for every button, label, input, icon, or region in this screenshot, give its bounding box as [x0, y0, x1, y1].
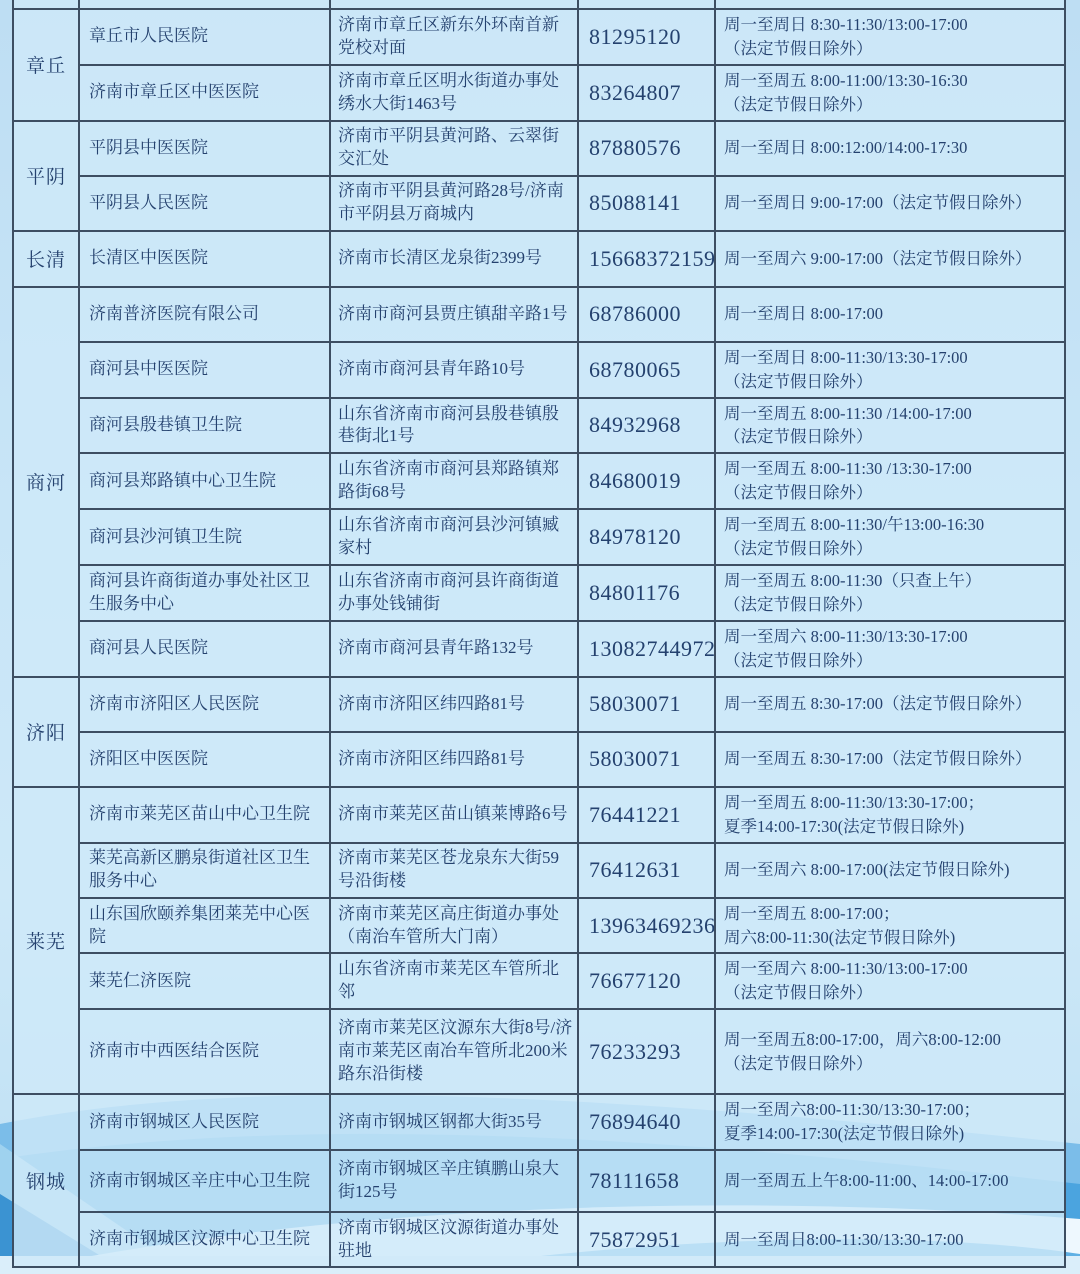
hours-cell: 周一至周日8:00-11:30/13:30-17:00	[715, 1212, 1065, 1267]
phone-cell: 84680019	[578, 453, 715, 509]
hours-cell: 周一至周五 8:00-11:00/13:30-16:30 （法定节假日除外）	[715, 65, 1065, 121]
hospital-name-cell: 济南市济阳区人民医院	[79, 677, 330, 732]
district-cell: 钢城	[13, 1094, 79, 1267]
address-cell: 山东省济南市商河县郑路镇郑路街68号	[330, 453, 578, 509]
hospital-name-cell: 商河县郑路镇中心卫生院	[79, 453, 330, 509]
hours-cell: 周一至周日 8:00:12:00/14:00-17:30	[715, 121, 1065, 176]
address-cell: 济南市钢城区钢都大街35号	[330, 1094, 578, 1150]
hospital-row: 商河县沙河镇卫生院 山东省济南市商河县沙河镇臧家村 84978120 周一至周五…	[13, 509, 1065, 565]
address-cell: 济南市济阳区纬四路81号	[330, 732, 578, 787]
address-cell: 济南市莱芜区汶源东大街8号/济南市莱芜区南冶车管所北200米路东沿街楼	[330, 1009, 578, 1094]
address-cell: 济南市平阴县黄河路28号/济南市平阴县万商城内	[330, 176, 578, 231]
hours-cell: 周一至周五 8:30-17:00（法定节假日除外）	[715, 732, 1065, 787]
hours-cell: 周一至周五 8:00-11:30 /14:00-17:00 （法定节假日除外）	[715, 398, 1065, 454]
district-cell: 济阳	[13, 677, 79, 787]
hours-cell: 周一至周日 8:00-11:30/13:30-17:00 （法定节假日除外）	[715, 342, 1065, 398]
hours-cell: 周一至周六 8:00-11:30/13:00-17:00 （法定节假日除外）	[715, 953, 1065, 1009]
address-cell: 济南市平阴县黄河路、云翠街交汇处	[330, 121, 578, 176]
address-cell: 山东省济南市莱芜区车管所北邻	[330, 953, 578, 1009]
phone-cell: 84932968	[578, 398, 715, 454]
phone-cell: 76412631	[578, 843, 715, 898]
phone-cell	[578, 0, 715, 9]
hospital-name-cell: 平阴县人民医院	[79, 176, 330, 231]
address-cell: 济南市商河县青年路132号	[330, 621, 578, 677]
hospital-row: 莱芜仁济医院 山东省济南市莱芜区车管所北邻 76677120 周一至周六 8:0…	[13, 953, 1065, 1009]
district-cell: 莱芜	[13, 787, 79, 1095]
phone-cell: 13963469236	[578, 898, 715, 954]
address-cell	[330, 0, 578, 9]
phone-cell: 75872951	[578, 1212, 715, 1267]
hospital-row: 商河县许商街道办事处社区卫生服务中心 山东省济南市商河县许商街道办事处钱铺街 8…	[13, 565, 1065, 621]
hospital-name-cell: 济南市钢城区人民医院	[79, 1094, 330, 1150]
phone-cell: 83264807	[578, 65, 715, 121]
hospital-name-cell: 莱芜高新区鹏泉街道社区卫生服务中心	[79, 843, 330, 898]
address-cell: 济南市商河县青年路10号	[330, 342, 578, 398]
hospital-name-cell: 商河县许商街道办事处社区卫生服务中心	[79, 565, 330, 621]
hours-cell: 周一至周五 8:00-11:30/午13:00-16:30 （法定节假日除外）	[715, 509, 1065, 565]
hospital-row: 济南市钢城区汶源中心卫生院 济南市钢城区汶源街道办事处驻地 75872951 周…	[13, 1212, 1065, 1267]
phone-cell: 87880576	[578, 121, 715, 176]
district-cell: 章丘	[13, 9, 79, 121]
hospital-row: 济南市钢城区辛庄中心卫生院 济南市钢城区辛庄镇鹏山泉大街125号 7811165…	[13, 1150, 1065, 1212]
hospital-row: 商河县殷巷镇卫生院 山东省济南市商河县殷巷镇殷巷街北1号 84932968 周一…	[13, 398, 1065, 454]
phone-cell: 81295120	[578, 9, 715, 65]
phone-cell: 84801176	[578, 565, 715, 621]
hours-cell: 周一至周五 8:00-17:00； 周六8:00-11:30(法定节假日除外)	[715, 898, 1065, 954]
phone-cell: 78111658	[578, 1150, 715, 1212]
address-cell: 济南市章丘区明水街道办事处绣水大街1463号	[330, 65, 578, 121]
hours-cell: 周一至周日 9:00-17:00（法定节假日除外）	[715, 176, 1065, 231]
phone-cell: 84978120	[578, 509, 715, 565]
hours-cell: 周一至周五 8:00-11:30（只查上午） （法定节假日除外）	[715, 565, 1065, 621]
hospital-row: 长清 长清区中医医院 济南市长清区龙泉街2399号 15668372159 周一…	[13, 231, 1065, 287]
address-cell: 山东省济南市商河县许商街道办事处钱铺街	[330, 565, 578, 621]
address-cell: 山东省济南市商河县殷巷镇殷巷街北1号	[330, 398, 578, 454]
phone-cell: 76441221	[578, 787, 715, 843]
phone-cell: 85088141	[578, 176, 715, 231]
phone-cell: 76894640	[578, 1094, 715, 1150]
hospital-name-cell: 莱芜仁济医院	[79, 953, 330, 1009]
address-cell: 济南市商河县贾庄镇甜辛路1号	[330, 287, 578, 342]
hours-cell: 周一至周五 8:00-11:30/13:30-17:00； 夏季14:00-17…	[715, 787, 1065, 843]
address-cell: 济南市莱芜区苍龙泉东大街59号沿街楼	[330, 843, 578, 898]
address-cell: 济南市章丘区新东外环南首新党校对面	[330, 9, 578, 65]
hours-cell: 周一至周五 8:00-11:30 /13:30-17:00 （法定节假日除外）	[715, 453, 1065, 509]
hospital-row: 平阴县人民医院 济南市平阴县黄河路28号/济南市平阴县万商城内 85088141…	[13, 176, 1065, 231]
hospital-name-cell: 济南市莱芜区苗山中心卫生院	[79, 787, 330, 843]
hospital-row: 莱芜高新区鹏泉街道社区卫生服务中心 济南市莱芜区苍龙泉东大街59号沿街楼 764…	[13, 843, 1065, 898]
address-cell: 济南市钢城区辛庄镇鹏山泉大街125号	[330, 1150, 578, 1212]
hospital-row: 商河县郑路镇中心卫生院 山东省济南市商河县郑路镇郑路街68号 84680019 …	[13, 453, 1065, 509]
phone-cell: 58030071	[578, 732, 715, 787]
hours-cell: 周一至周日 8:30-11:30/13:00-17:00 （法定节假日除外）	[715, 9, 1065, 65]
hospital-row: 钢城 济南市钢城区人民医院 济南市钢城区钢都大街35号 76894640 周一至…	[13, 1094, 1065, 1150]
hospital-name-cell	[79, 0, 330, 9]
hospital-name-cell: 商河县人民医院	[79, 621, 330, 677]
hospital-name-cell: 济南普济医院有限公司	[79, 287, 330, 342]
hours-cell: 周一至周五 8:30-17:00（法定节假日除外）	[715, 677, 1065, 732]
hospital-name-cell: 章丘市人民医院	[79, 9, 330, 65]
hospital-name-cell: 济南市钢城区汶源中心卫生院	[79, 1212, 330, 1267]
district-cell: 长清	[13, 231, 79, 287]
district-cell: 商河	[13, 287, 79, 677]
hospital-name-cell: 济南市中西医结合医院	[79, 1009, 330, 1094]
hospital-row: 山东国欣颐养集团莱芜中心医院 济南市莱芜区高庄街道办事处（南治车管所大门南） 1…	[13, 898, 1065, 954]
hospital-name-cell: 山东国欣颐养集团莱芜中心医院	[79, 898, 330, 954]
address-cell: 济南市莱芜区苗山镇莱博路6号	[330, 787, 578, 843]
district-cell	[13, 0, 79, 9]
table-row-cutoff	[13, 0, 1065, 9]
phone-cell: 68780065	[578, 342, 715, 398]
hospital-row: 莱芜 济南市莱芜区苗山中心卫生院 济南市莱芜区苗山镇莱博路6号 76441221…	[13, 787, 1065, 843]
hospital-row: 平阴 平阴县中医医院 济南市平阴县黄河路、云翠街交汇处 87880576 周一至…	[13, 121, 1065, 176]
phone-cell: 15668372159	[578, 231, 715, 287]
phone-cell: 58030071	[578, 677, 715, 732]
hospital-name-cell: 济南市章丘区中医医院	[79, 65, 330, 121]
hospital-name-cell: 平阴县中医医院	[79, 121, 330, 176]
hospital-name-cell: 长清区中医医院	[79, 231, 330, 287]
phone-cell: 76677120	[578, 953, 715, 1009]
hospital-row: 济阳区中医医院 济南市济阳区纬四路81号 58030071 周一至周五 8:30…	[13, 732, 1065, 787]
hospital-name-cell: 商河县殷巷镇卫生院	[79, 398, 330, 454]
hours-cell: 周一至周日 8:00-17:00	[715, 287, 1065, 342]
hours-cell: 周一至周五8:00-17:00，周六8:00-12:00 （法定节假日除外）	[715, 1009, 1065, 1094]
hospital-row: 济南市中西医结合医院 济南市莱芜区汶源东大街8号/济南市莱芜区南冶车管所北200…	[13, 1009, 1065, 1094]
hospital-table: 章丘 章丘市人民医院 济南市章丘区新东外环南首新党校对面 81295120 周一…	[12, 0, 1066, 1268]
hospital-name-cell: 济阳区中医医院	[79, 732, 330, 787]
phone-cell: 68786000	[578, 287, 715, 342]
hours-cell: 周一至周六 8:00-11:30/13:30-17:00 （法定节假日除外）	[715, 621, 1065, 677]
address-cell: 济南市济阳区纬四路81号	[330, 677, 578, 732]
hours-cell: 周一至周六 9:00-17:00（法定节假日除外）	[715, 231, 1065, 287]
hospital-row: 商河县人民医院 济南市商河县青年路132号 13082744972 周一至周六 …	[13, 621, 1065, 677]
address-cell: 济南市长清区龙泉街2399号	[330, 231, 578, 287]
hospital-row: 章丘 章丘市人民医院 济南市章丘区新东外环南首新党校对面 81295120 周一…	[13, 9, 1065, 65]
phone-cell: 13082744972	[578, 621, 715, 677]
hospital-name-cell: 济南市钢城区辛庄中心卫生院	[79, 1150, 330, 1212]
address-cell: 济南市钢城区汶源街道办事处驻地	[330, 1212, 578, 1267]
hospital-row: 商河 济南普济医院有限公司 济南市商河县贾庄镇甜辛路1号 68786000 周一…	[13, 287, 1065, 342]
district-cell: 平阴	[13, 121, 79, 231]
address-cell: 山东省济南市商河县沙河镇臧家村	[330, 509, 578, 565]
hospital-row: 济阳 济南市济阳区人民医院 济南市济阳区纬四路81号 58030071 周一至周…	[13, 677, 1065, 732]
hospital-name-cell: 商河县中医医院	[79, 342, 330, 398]
hospital-row: 济南市章丘区中医医院 济南市章丘区明水街道办事处绣水大街1463号 832648…	[13, 65, 1065, 121]
phone-cell: 76233293	[578, 1009, 715, 1094]
hospital-row: 商河县中医医院 济南市商河县青年路10号 68780065 周一至周日 8:00…	[13, 342, 1065, 398]
hospital-name-cell: 商河县沙河镇卫生院	[79, 509, 330, 565]
hours-cell	[715, 0, 1065, 9]
address-cell: 济南市莱芜区高庄街道办事处（南治车管所大门南）	[330, 898, 578, 954]
hours-cell: 周一至周六 8:00-17:00(法定节假日除外)	[715, 843, 1065, 898]
page-background: 章丘 章丘市人民医院 济南市章丘区新东外环南首新党校对面 81295120 周一…	[0, 0, 1080, 1274]
hours-cell: 周一至周六8:00-11:30/13:30-17:00； 夏季14:00-17:…	[715, 1094, 1065, 1150]
hours-cell: 周一至周五上午8:00-11:00、14:00-17:00	[715, 1150, 1065, 1212]
